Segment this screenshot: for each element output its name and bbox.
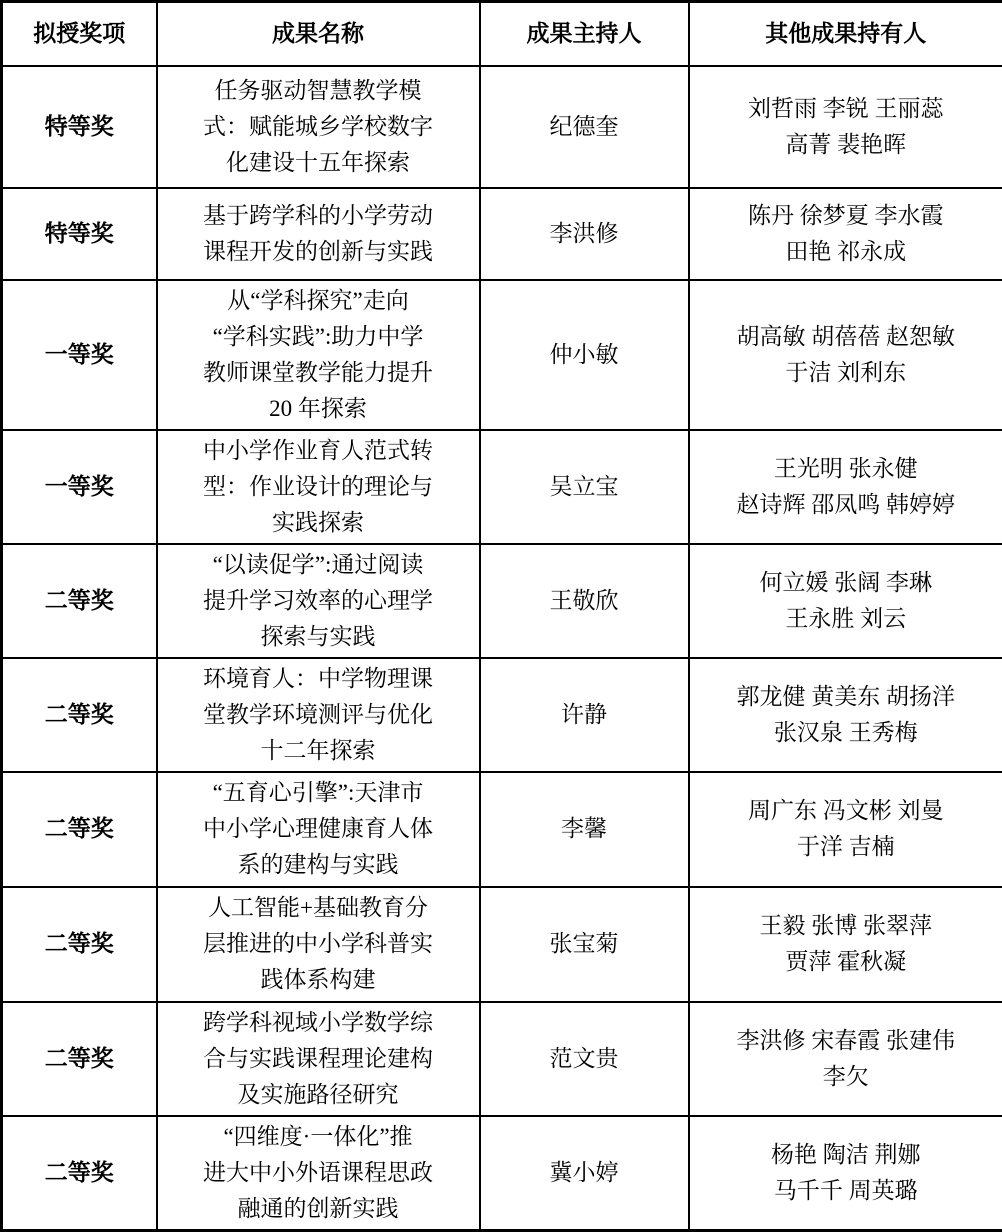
award-cell: 二等奖: [2, 772, 157, 887]
others-cell: 胡高敏 胡蓓蓓 赵恕敏 于洁 刘利东: [689, 280, 1002, 430]
leader-cell: 纪德奎: [480, 66, 689, 188]
award-cell: 二等奖: [2, 658, 157, 772]
leader-cell: 吴立宝: [480, 430, 689, 544]
name-cell: 跨学科视域小学数学综 合与实践课程理论建构 及实施路径研究: [157, 1002, 480, 1116]
table-row: 二等奖 “四维度·一体化”推 进大中小外语课程思政 融通的创新实践 冀小婷 杨艳…: [2, 1116, 1002, 1231]
table-row: 一等奖 中小学作业育人范式转 型：作业设计的理论与 实践探索 吴立宝 王光明 张…: [2, 430, 1002, 544]
award-cell: 一等奖: [2, 430, 157, 544]
column-header-name: 成果名称: [157, 2, 480, 66]
table-row: 二等奖 “五育心引擎”:天津市 中小学心理健康育人体 系的建构与实践 李馨 周广…: [2, 772, 1002, 887]
leader-cell: 张宝菊: [480, 887, 689, 1002]
others-cell: 王光明 张永健 赵诗辉 邵凤鸣 韩婷婷: [689, 430, 1002, 544]
leader-cell: 仲小敏: [480, 280, 689, 430]
others-cell: 何立媛 张阔 李琳 王永胜 刘云: [689, 544, 1002, 658]
column-header-leader: 成果主持人: [480, 2, 689, 66]
leader-cell: 许静: [480, 658, 689, 772]
name-cell: 人工智能+基础教育分 层推进的中小学科普实 践体系构建: [157, 887, 480, 1002]
column-header-others: 其他成果持有人: [689, 2, 1002, 66]
others-cell: 刘哲雨 李锐 王丽蕊 高菁 裴艳晖: [689, 66, 1002, 188]
table-row: 特等奖 基于跨学科的小学劳动 课程开发的创新与实践 李洪修 陈丹 徐梦夏 李水霞…: [2, 188, 1002, 280]
leader-cell: 冀小婷: [480, 1116, 689, 1231]
name-cell: “以读促学”:通过阅读 提升学习效率的心理学 探索与实践: [157, 544, 480, 658]
leader-cell: 范文贵: [480, 1002, 689, 1116]
table-row: 一等奖 从“学科探究”走向 “学科实践”:助力中学 教师课堂教学能力提升 20 …: [2, 280, 1002, 430]
table-row: 二等奖 跨学科视域小学数学综 合与实践课程理论建构 及实施路径研究 范文贵 李洪…: [2, 1002, 1002, 1116]
table-body: 特等奖 任务驱动智慧教学模 式：赋能城乡学校数字 化建设十五年探索 纪德奎 刘哲…: [2, 66, 1002, 1231]
others-cell: 李洪修 宋春霞 张建伟 李欠: [689, 1002, 1002, 1116]
leader-cell: 王敬欣: [480, 544, 689, 658]
others-cell: 周广东 冯文彬 刘曼 于洋 吉楠: [689, 772, 1002, 887]
table-row: 二等奖 环境育人：中学物理课 堂教学环境测评与优化 十二年探索 许静 郭龙健 黄…: [2, 658, 1002, 772]
name-cell: “四维度·一体化”推 进大中小外语课程思政 融通的创新实践: [157, 1116, 480, 1231]
award-cell: 一等奖: [2, 280, 157, 430]
column-header-award: 拟授奖项: [2, 2, 157, 66]
table-row: 二等奖 人工智能+基础教育分 层推进的中小学科普实 践体系构建 张宝菊 王毅 张…: [2, 887, 1002, 1002]
leader-cell: 李馨: [480, 772, 689, 887]
others-cell: 郭龙健 黄美东 胡扬洋 张汉泉 王秀梅: [689, 658, 1002, 772]
awards-table: 拟授奖项 成果名称 成果主持人 其他成果持有人 特等奖 任务驱动智慧教学模 式：…: [0, 0, 1002, 1232]
award-cell: 二等奖: [2, 544, 157, 658]
name-cell: “五育心引擎”:天津市 中小学心理健康育人体 系的建构与实践: [157, 772, 480, 887]
name-cell: 从“学科探究”走向 “学科实践”:助力中学 教师课堂教学能力提升 20 年探索: [157, 280, 480, 430]
leader-cell: 李洪修: [480, 188, 689, 280]
award-cell: 二等奖: [2, 1116, 157, 1231]
table-header-row: 拟授奖项 成果名称 成果主持人 其他成果持有人: [2, 2, 1002, 66]
award-cell: 特等奖: [2, 188, 157, 280]
name-cell: 环境育人：中学物理课 堂教学环境测评与优化 十二年探索: [157, 658, 480, 772]
award-cell: 特等奖: [2, 66, 157, 188]
table-row: 特等奖 任务驱动智慧教学模 式：赋能城乡学校数字 化建设十五年探索 纪德奎 刘哲…: [2, 66, 1002, 188]
others-cell: 陈丹 徐梦夏 李水霞 田艳 祁永成: [689, 188, 1002, 280]
table-row: 二等奖 “以读促学”:通过阅读 提升学习效率的心理学 探索与实践 王敬欣 何立媛…: [2, 544, 1002, 658]
award-cell: 二等奖: [2, 1002, 157, 1116]
name-cell: 中小学作业育人范式转 型：作业设计的理论与 实践探索: [157, 430, 480, 544]
name-cell: 任务驱动智慧教学模 式：赋能城乡学校数字 化建设十五年探索: [157, 66, 480, 188]
name-cell: 基于跨学科的小学劳动 课程开发的创新与实践: [157, 188, 480, 280]
others-cell: 杨艳 陶洁 荆娜 马千千 周英璐: [689, 1116, 1002, 1231]
others-cell: 王毅 张博 张翠萍 贾萍 霍秋凝: [689, 887, 1002, 1002]
award-cell: 二等奖: [2, 887, 157, 1002]
